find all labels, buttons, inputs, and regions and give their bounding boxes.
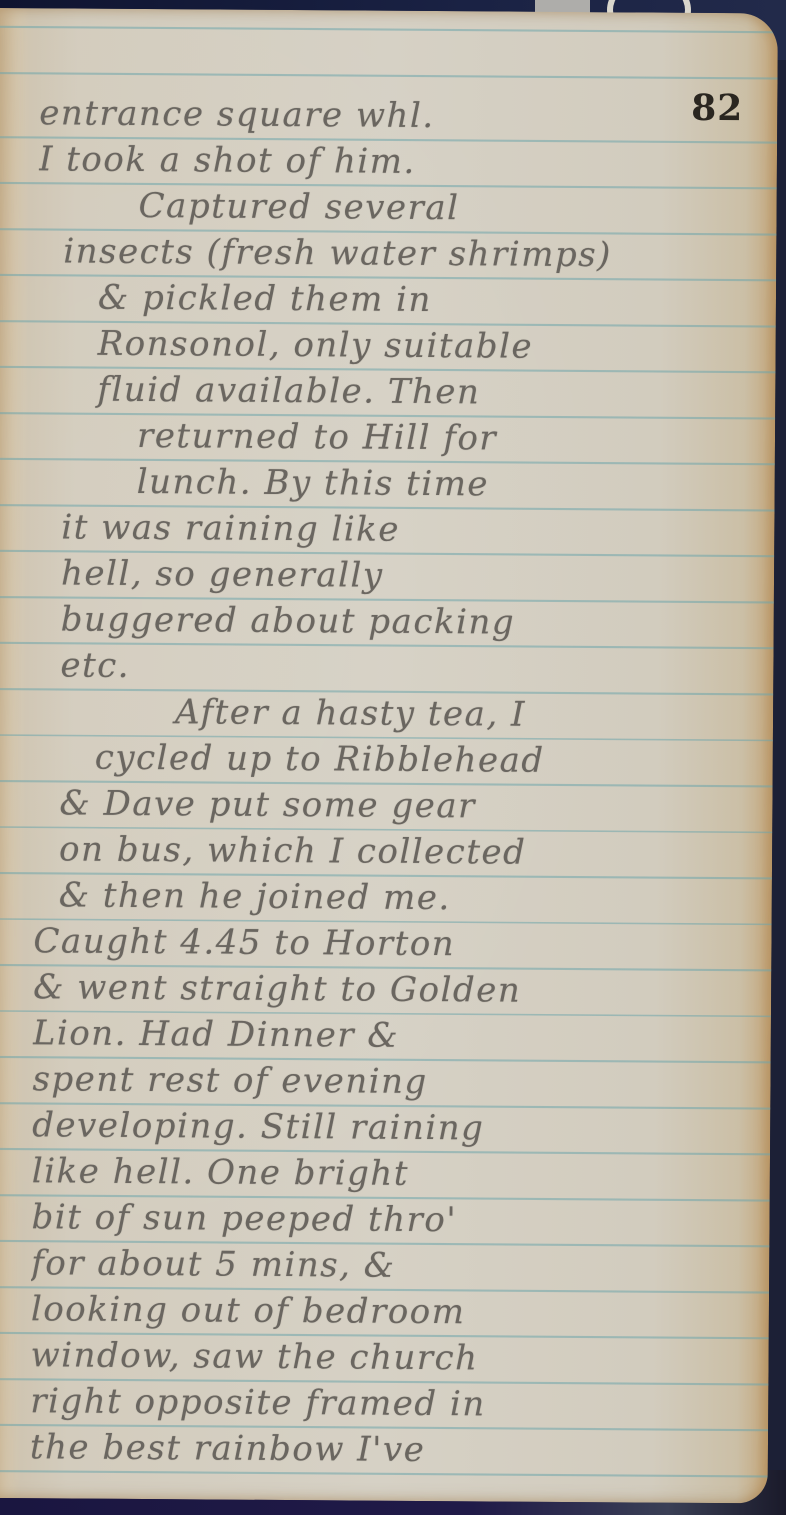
- handwritten-line: looking out of bedroom: [31, 1286, 731, 1337]
- handwritten-line: for about 5 mins, &: [31, 1240, 731, 1291]
- handwritten-line: it was raining like: [36, 504, 736, 555]
- handwritten-line: Caught 4.45 to Horton: [33, 918, 733, 969]
- handwritten-line: Ronsonol, only suitable: [37, 320, 737, 371]
- handwritten-line: returned to Hill for: [37, 412, 737, 463]
- handwritten-line: Captured several: [38, 182, 738, 233]
- handwritten-line: etc.: [35, 642, 735, 693]
- handwritten-line: Lion. Had Dinner &: [33, 1010, 733, 1061]
- diary-entry: entrance square whl. I took a shot of hi…: [30, 90, 740, 1475]
- handwritten-line: on bus, which I collected: [34, 826, 734, 877]
- handwritten-line: the best rainbow I've: [30, 1424, 730, 1475]
- handwritten-line: I took a shot of him.: [39, 136, 739, 187]
- handwritten-line: After a hasty tea, I: [35, 688, 735, 739]
- handwritten-line: & went straight to Golden: [33, 964, 733, 1015]
- handwritten-line: like hell. One bright: [32, 1148, 732, 1199]
- handwritten-line: spent rest of evening: [32, 1056, 732, 1107]
- handwritten-line: entrance square whl.: [39, 90, 739, 141]
- handwritten-line: fluid available. Then: [37, 366, 737, 417]
- handwritten-line: lunch. By this time: [37, 458, 737, 509]
- handwritten-line: window, saw the church: [30, 1332, 730, 1383]
- handwritten-line: bit of sun peeped thro': [31, 1194, 731, 1245]
- handwritten-line: & then he joined me.: [34, 872, 734, 923]
- handwritten-line: developing. Still raining: [32, 1102, 732, 1153]
- handwritten-line: hell, so generally: [36, 550, 736, 601]
- handwritten-line: & Dave put some gear: [34, 780, 734, 831]
- handwritten-line: buggered about packing: [36, 596, 736, 647]
- handwritten-line: insects (fresh water shrimps): [38, 228, 738, 279]
- handwritten-line: & pickled them in: [38, 274, 738, 325]
- handwritten-line: right opposite framed in: [30, 1378, 730, 1429]
- handwritten-line: cycled up to Ribblehead: [35, 734, 735, 785]
- notebook-page: 82 entrance square whl. I took a shot of…: [0, 8, 778, 1503]
